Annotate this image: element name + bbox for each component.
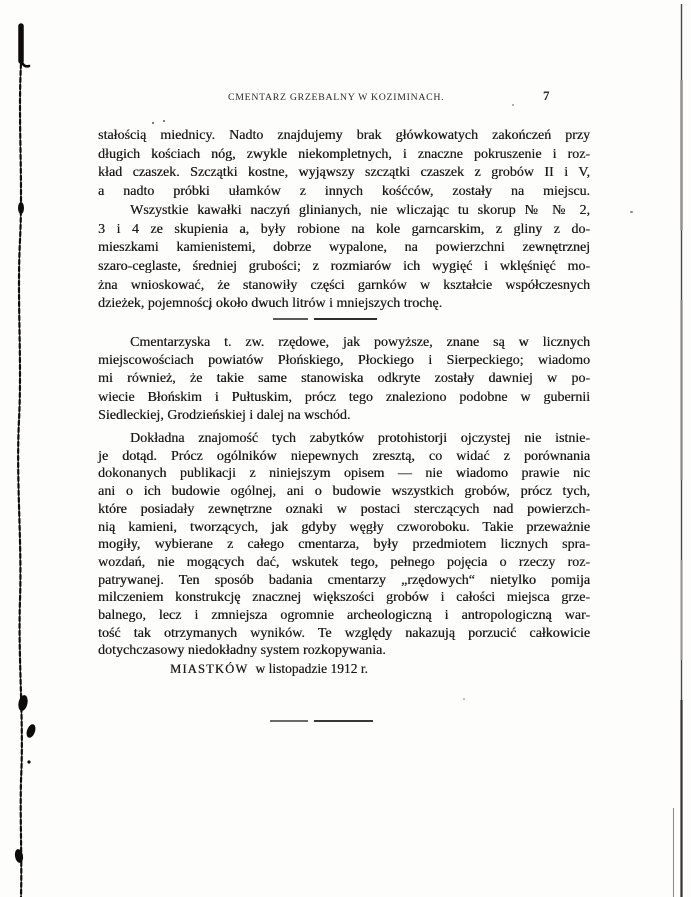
text-line: mieszkami kamienistemi, dobrze wypalone,…: [98, 239, 590, 258]
scanned-page: CMENTARZ GRZEBALNY W KOZIMINACH. 7 stało…: [0, 0, 691, 897]
paragraph: Cmentarzyska t. zw. rzędowe, jak powyższ…: [98, 334, 590, 425]
text-line: długich kościach nóg, zwykle niekompletn…: [98, 146, 590, 165]
text-line: Cmentarzyska t. zw. rzędowe, jak powyższ…: [98, 334, 590, 352]
text-line: mi również, że takie same stanowiska odk…: [98, 370, 590, 388]
divider-segment: [314, 318, 377, 320]
text-line: mogiły, wybierane z całego cmentarza, by…: [98, 536, 590, 554]
divider-segment: [270, 720, 308, 722]
paragraph: Dokładna znajomość tych zabytków protohi…: [98, 430, 590, 660]
text-line: Siedleckiej, Grodzieńskiej i dalej na ws…: [98, 407, 590, 425]
text-block-bottom: Cmentarzyska t. zw. rzędowe, jak powyższ…: [98, 334, 590, 660]
text-line: je dotąd. Prócz ogólników niepewnych zre…: [98, 448, 590, 466]
text-line: szaro-ceglaste, średniej grubości; z roz…: [98, 258, 590, 277]
text-line: miejscowościach powiatów Płońskiego, Pło…: [98, 352, 590, 370]
dateline-date: w listopadzie 1912 r.: [255, 661, 367, 676]
scan-speck: [512, 104, 514, 106]
text-line: balnego, lecz i zmniejsza ogromnie arche…: [98, 607, 590, 625]
text-line: milczeniem konstrukcję znacznej większoś…: [98, 589, 590, 607]
section-divider: [270, 720, 380, 722]
text-line: Wszystkie kawałki naczyń glinianych, nie…: [98, 202, 590, 221]
text-line: Dokładna znajomość tych zabytków protohi…: [98, 430, 590, 448]
text-line: żna wnioskować, że stanowiły części garn…: [98, 277, 590, 296]
scan-speck: [163, 120, 165, 122]
scan-speck: [152, 122, 154, 124]
divider-segment: [314, 720, 373, 722]
text-line: a nadto próbki ułamków z innych kośćców,…: [98, 183, 590, 202]
paragraph: stałością miednicy. Nadto znajdujemy bra…: [98, 127, 590, 202]
divider-segment: [273, 318, 308, 320]
section-divider: [273, 318, 383, 320]
text-block-top: stałością miednicy. Nadto znajdujemy bra…: [98, 127, 590, 314]
scan-speck: [463, 698, 465, 700]
dateline-place: MIASTKÓW: [170, 662, 248, 676]
text-line: dokonanych publikacji z niniejszym opise…: [98, 465, 590, 483]
text-line: nią kamieni, tworzących, jak gdyby węgły…: [98, 519, 590, 537]
text-line: 3 i 4 ze skupienia a, były robione na ko…: [98, 221, 590, 240]
text-line: kład czaszek. Szczątki kostne, wyjąwszy …: [98, 164, 590, 183]
text-line: patrywanej. Ten sposób badania cmentarzy…: [98, 572, 590, 590]
text-line: stałością miednicy. Nadto znajdujemy bra…: [98, 127, 590, 146]
text-line: wiecie Błońskim i Pułtuskim, prócz tego …: [98, 389, 590, 407]
text-body: stałością miednicy. Nadto znajdujemy bra…: [0, 0, 691, 897]
text-line: dotychczasowy niedokładny system rozkopy…: [98, 642, 590, 660]
paragraph: Wszystkie kawałki naczyń glinianych, nie…: [98, 202, 590, 314]
text-line: wozdań, nie mogących dać, wskutek tego, …: [98, 554, 590, 572]
scan-speck: [630, 211, 633, 213]
text-line: które posiadały zewnętrzne oznaki w post…: [98, 501, 590, 519]
dateline: MIASTKÓWw listopadzie 1912 r.: [170, 661, 368, 677]
text-line: dzieżek, pojemności około dwuch litrów i…: [98, 295, 590, 314]
text-line: tość tak otrzymanych wyników. Te względy…: [98, 625, 590, 643]
text-line: ani o ich budowie ogólnej, ani o budowie…: [98, 483, 590, 501]
